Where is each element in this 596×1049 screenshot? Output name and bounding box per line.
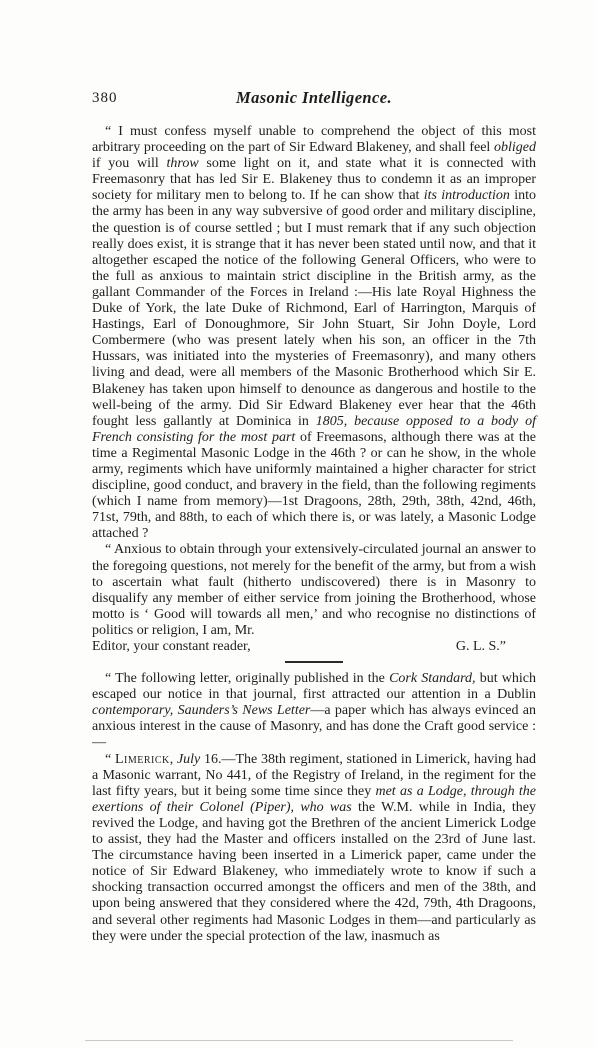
page-header: 380 Masonic Intelligence. [92,88,536,110]
text-run: Limerick [115,752,170,767]
text-run: July [177,752,200,767]
paragraph: “ The following letter, originally publi… [92,671,536,751]
text-run: “ The following letter, originally publi… [105,671,389,686]
signature-lead: Editor, your constant reader, [92,639,251,655]
document-page: 380 Masonic Intelligence. “ I must confe… [0,0,596,1049]
running-title: Masonic Intelligence. [92,88,536,108]
scan-artifact-line [85,1040,513,1041]
section-divider-rule [285,661,343,663]
text-run: , [170,752,177,767]
text-run: its introduction [424,188,510,203]
text-run: Cork Standard, [389,671,475,686]
text-run: if you will [92,156,167,171]
paragraph: “ Limerick, July 16.—The 38th regiment, … [92,752,536,945]
paragraph: “ I must confess myself unable to compre… [92,124,536,542]
text-run: into the army has been in any way subver… [92,188,536,428]
text-run: the W.M. while in India, they revived th… [92,800,536,944]
letter-body: “ I must confess myself unable to compre… [92,124,536,945]
signature-line: Editor, your constant reader,G. L. S.” [92,639,536,655]
text-run: obliged [494,140,536,155]
text-run: “ Anxious to obtain through your extensi… [92,542,536,637]
text-run: of Freemasons, although there was at the… [92,430,536,542]
text-run: “ I must confess myself unable to compre… [92,124,536,155]
paragraph: “ Anxious to obtain through your extensi… [92,542,536,639]
page-number: 380 [92,90,118,107]
signature-initials: G. L. S.” [456,639,506,655]
text-run: contemporary, Saunders’s News Letter [92,703,310,718]
text-run: throw [167,156,199,171]
text-run: “ [105,752,115,767]
